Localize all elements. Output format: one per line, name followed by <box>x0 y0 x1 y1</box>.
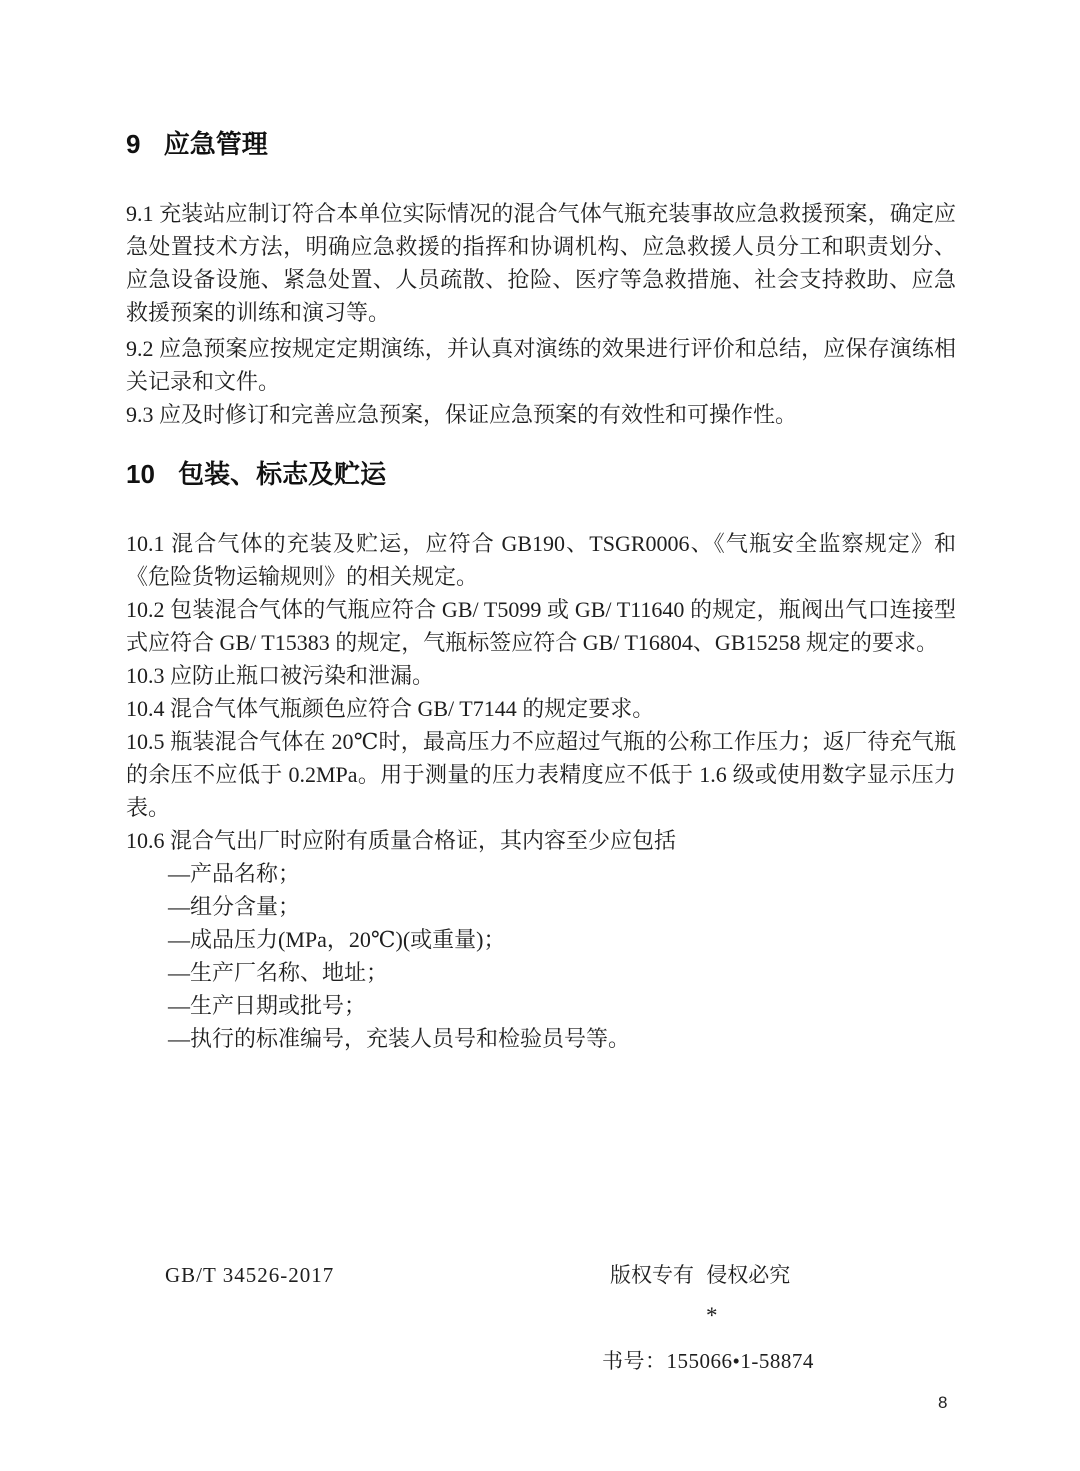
list-item-date-batch: —生产日期或批号； <box>168 989 956 1022</box>
section-10-heading: 10 包装、标志及贮运 <box>126 458 956 490</box>
section-10-title: 包装、标志及贮运 <box>178 459 386 489</box>
paragraph-9-3: 9.3 应及时修订和完善应急预案，保证应急预案的有效性和可操作性。 <box>126 398 956 431</box>
section-10-number: 10 <box>126 459 155 489</box>
list-item-product-name: —产品名称； <box>168 857 956 890</box>
page-number: 8 <box>938 1390 947 1416</box>
paragraph-10-2: 10.2 包装混合气体的气瓶应符合 GB/ T5099 或 GB/ T11640… <box>126 593 956 659</box>
section-9-title: 应急管理 <box>164 129 268 159</box>
section-9-number: 9 <box>126 129 140 159</box>
list-item-composition: —组分含量； <box>168 890 956 923</box>
footer-copyright-notice: 版权专有 侵权必究 <box>610 1262 790 1288</box>
section-9-heading: 9 应急管理 <box>126 128 956 160</box>
footer-book-number: 书号：155066•1-58874 <box>602 1348 814 1374</box>
paragraph-9-2: 9.2 应急预案应按规定定期演练，并认真对演练的效果进行评价和总结，应保存演练相… <box>126 332 956 398</box>
footer-separator-star: * <box>706 1303 718 1329</box>
list-item-pressure: —成品压力(MPa，20℃)(或重量)； <box>168 923 956 956</box>
list-item-standard-number: —执行的标准编号，充装人员号和检验员号等。 <box>168 1022 956 1055</box>
paragraph-10-5: 10.5 瓶装混合气体在 20℃时，最高压力不应超过气瓶的公称工作压力；返厂待充… <box>126 725 956 824</box>
paragraph-10-6: 10.6 混合气出厂时应附有质量合格证，其内容至少应包括 <box>126 824 956 857</box>
paragraph-10-3: 10.3 应防止瓶口被污染和泄漏。 <box>126 659 956 692</box>
paragraph-9-1: 9.1 充装站应制订符合本单位实际情况的混合气体气瓶充装事故应急救援预案，确定应… <box>126 197 956 329</box>
quality-certificate-list: —产品名称； —组分含量； —成品压力(MPa，20℃)(或重量)； —生产厂名… <box>126 857 956 1055</box>
list-item-manufacturer: —生产厂名称、地址； <box>168 956 956 989</box>
document-page: 9 应急管理 9.1 充装站应制订符合本单位实际情况的混合气体气瓶充装事故应急救… <box>0 0 1080 1471</box>
page-content: 9 应急管理 9.1 充装站应制订符合本单位实际情况的混合气体气瓶充装事故应急救… <box>126 0 956 1055</box>
paragraph-10-1: 10.1 混合气体的充装及贮运，应符合 GB190、TSGR0006、《气瓶安全… <box>126 527 956 593</box>
paragraph-10-4: 10.4 混合气体气瓶颜色应符合 GB/ T7144 的规定要求。 <box>126 692 956 725</box>
footer-standard-number: GB/T 34526-2017 <box>165 1262 334 1288</box>
